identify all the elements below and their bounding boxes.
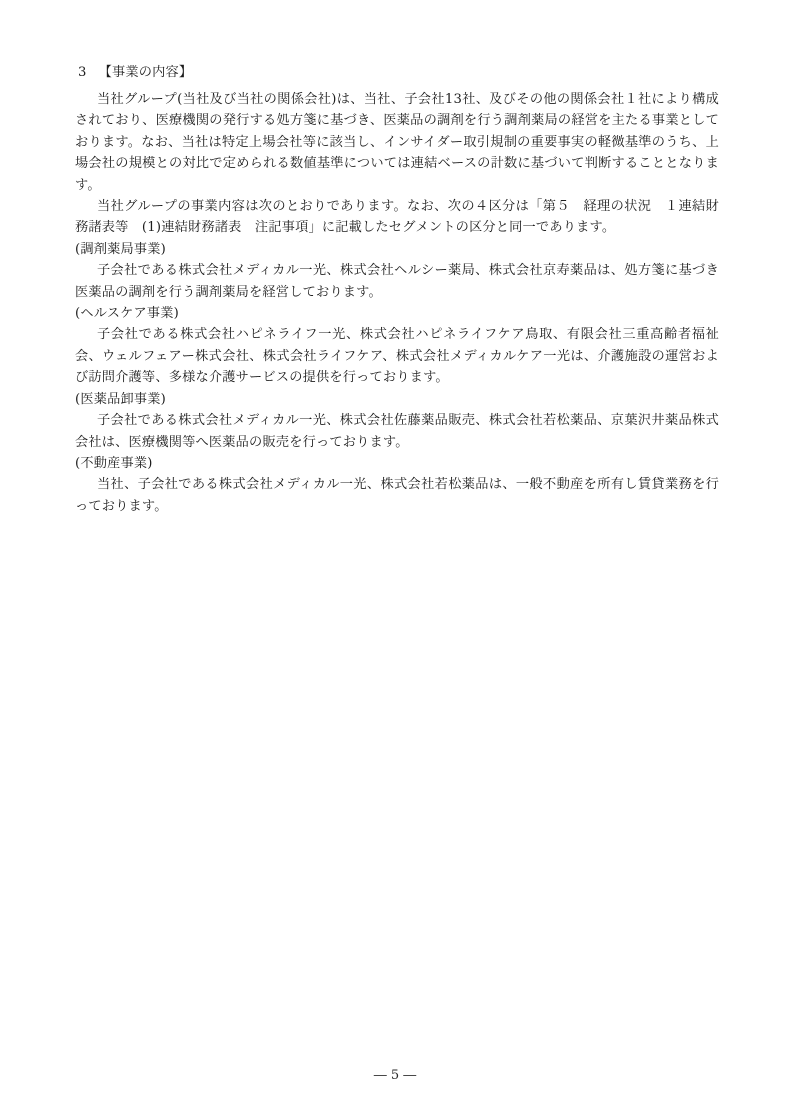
page-number: ― 5 ― — [374, 1068, 417, 1083]
subsection-label: (調剤薬局事業) — [75, 239, 719, 260]
subsection-label: (不動産事業) — [75, 453, 719, 474]
section-number: 3 — [78, 62, 87, 84]
body-paragraph: 子会社である株式会社メディカル一光、株式会社佐藤薬品販売、株式会社若松薬品、京葉… — [75, 410, 719, 453]
content-blocks: 当社グループ(当社及び当社の関係会社)は、当社、子会社13社、及びその他の関係会… — [75, 89, 719, 517]
body-paragraph: 当社グループの事業内容は次のとおりであります。なお、次の４区分は「第５ 経理の状… — [75, 196, 719, 239]
body-paragraph: 当社グループ(当社及び当社の関係会社)は、当社、子会社13社、及びその他の関係会… — [75, 89, 719, 196]
body-paragraph: 当社、子会社である株式会社メディカル一光、株式会社若松薬品は、一般不動産を所有し… — [75, 474, 719, 517]
section-heading: 3【事業の内容】 — [78, 62, 719, 84]
subsection-label: (ヘルスケア事業) — [75, 303, 719, 324]
page-footer: ― 5 ― — [0, 1066, 790, 1086]
body-paragraph: 子会社である株式会社メディカル一光、株式会社ヘルシー薬局、株式会社京寿薬品は、処… — [75, 260, 719, 303]
document-page: 3【事業の内容】 当社グループ(当社及び当社の関係会社)は、当社、子会社13社、… — [0, 0, 790, 1118]
subsection-label: (医薬品卸事業) — [75, 389, 719, 410]
section-content: 3【事業の内容】 当社グループ(当社及び当社の関係会社)は、当社、子会社13社、… — [75, 62, 719, 517]
section-title: 【事業の内容】 — [99, 65, 193, 80]
body-paragraph: 子会社である株式会社ハピネライフ一光、株式会社ハピネライフケア鳥取、有限会社三重… — [75, 324, 719, 388]
